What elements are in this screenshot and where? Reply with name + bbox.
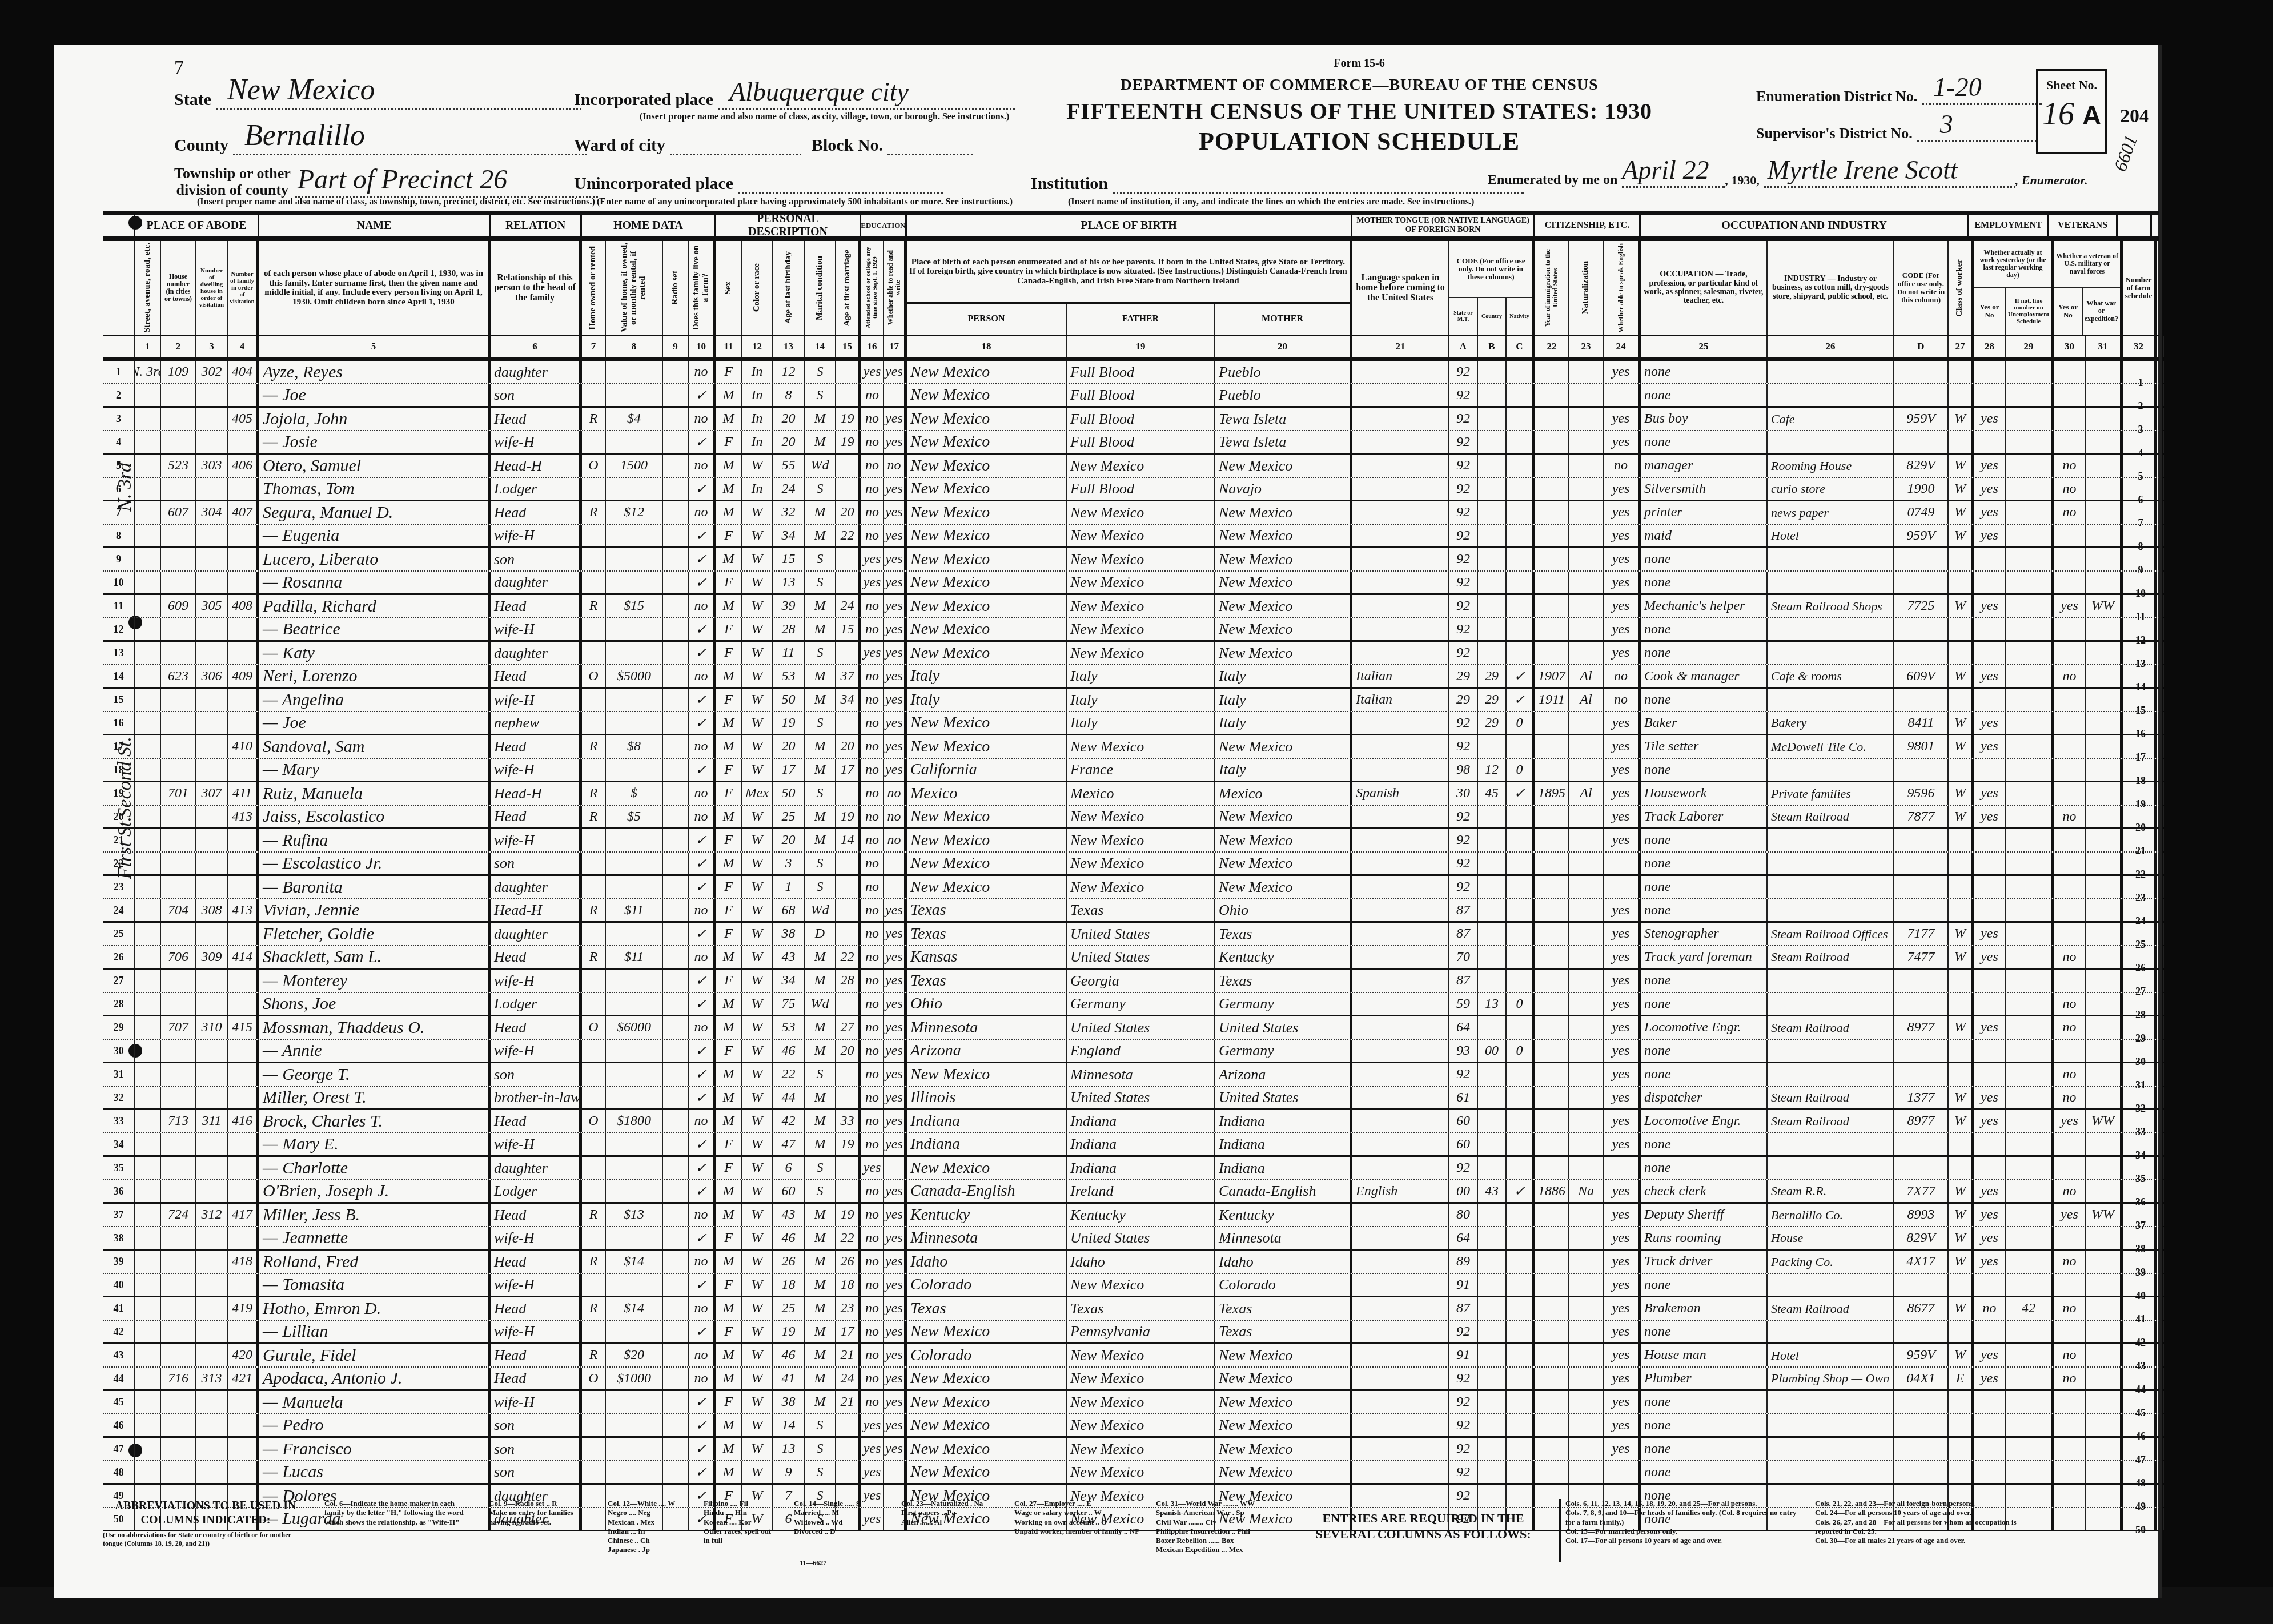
cell-age-marriage: 20: [836, 1040, 861, 1062]
cell-class: W: [1949, 408, 1974, 430]
cell-codeC: [1507, 1368, 1535, 1389]
group-education: EDUCATION: [861, 215, 907, 236]
cell-unemp: [2006, 970, 2054, 992]
cell-codeD: [1894, 384, 1949, 406]
cell-birth-person: Texas: [907, 1297, 1067, 1320]
cell-occupation: printer: [1641, 501, 1768, 524]
cell-birth-father: New Mexico: [1067, 853, 1215, 874]
cell-school: no: [861, 501, 884, 524]
cell-birth-mother: Indiana: [1215, 1110, 1352, 1132]
cell-marital: Wd: [805, 455, 836, 477]
cell-owned: R: [582, 1344, 606, 1366]
cell-vet: [2054, 899, 2086, 921]
cell-work: [1974, 970, 2006, 992]
line-number-right: [2157, 1297, 2164, 1320]
cell-language: [1352, 642, 1449, 664]
cell-codeD: 7X77: [1894, 1180, 1949, 1202]
line-number-right: [2157, 1344, 2164, 1366]
cell-family: 404: [228, 361, 259, 383]
cell-birth-father: New Mexico: [1067, 806, 1215, 827]
cell-codeB: 29: [1478, 665, 1507, 687]
cell-class: [1949, 876, 1974, 898]
cell-vet: yes: [2054, 595, 2086, 617]
cell-class: W: [1949, 1016, 1974, 1039]
cell-english: yes: [1604, 923, 1641, 945]
cell-house: [161, 1087, 196, 1108]
cell-class: W: [1949, 806, 1974, 827]
cell-birth-person: New Mexico: [907, 595, 1067, 617]
cell-codeD: 9801: [1894, 735, 1949, 758]
cell-industry: [1768, 618, 1894, 640]
cell-school: no: [861, 993, 884, 1015]
cell-unemp: [2006, 1414, 2054, 1436]
cell-farm: no: [689, 1368, 716, 1389]
cell-farm: ✓: [689, 759, 716, 781]
cell-work: [1974, 993, 2006, 1015]
cell-school: no: [861, 1087, 884, 1108]
cell-marital: M: [805, 1274, 836, 1296]
cell-english: yes: [1604, 501, 1641, 524]
cell-name: Lucero, Liberato: [259, 548, 491, 570]
cell-farm: no: [689, 1297, 716, 1320]
cell-owned: [582, 548, 606, 570]
cell-birth-father: New Mexico: [1067, 618, 1215, 640]
line-number-right: 14: [2129, 676, 2152, 699]
cell-industry: [1768, 899, 1894, 921]
cell-name: — Pedro: [259, 1414, 491, 1436]
cell-age-marriage: 22: [836, 1227, 861, 1249]
cell-farm: ✓: [689, 829, 716, 851]
cell-occupation: Deputy Sheriff: [1641, 1204, 1768, 1226]
cell-occupation: Silversmith: [1641, 478, 1768, 500]
cell-war: [2086, 1274, 2123, 1296]
line-number-right: 49: [2129, 1495, 2152, 1518]
line-number-right: 47: [2129, 1448, 2152, 1472]
cell-unemp: [2006, 689, 2054, 711]
cell-birth-person: New Mexico: [907, 455, 1067, 477]
cell-value: [606, 1063, 663, 1086]
line-number-right: [2157, 1391, 2164, 1413]
cell-work: [1974, 829, 2006, 851]
cell-codeB: [1478, 595, 1507, 617]
cell-work: yes: [1974, 735, 2006, 758]
cell-codeA: 92: [1449, 431, 1478, 453]
cell-occupation: Housework: [1641, 782, 1768, 805]
line-number: 36: [103, 1180, 135, 1202]
cell-birth-mother: New Mexico: [1215, 1461, 1352, 1483]
col-farm-schedule: Number of farm schedule: [2123, 241, 2157, 335]
cell-street: [135, 970, 161, 992]
cell-farm: no: [689, 1016, 716, 1039]
cell-codeA: 91: [1449, 1274, 1478, 1296]
cell-marital: S: [805, 548, 836, 570]
cell-codeC: [1507, 1157, 1535, 1179]
cell-race: W: [742, 899, 773, 921]
cell-marital: S: [805, 782, 836, 805]
cell-house: 724: [161, 1204, 196, 1226]
cell-school: no: [861, 1204, 884, 1226]
cell-war: [2086, 525, 2123, 546]
cell-unemp: [2006, 1391, 2054, 1413]
cell-codeB: 45: [1478, 782, 1507, 805]
cell-farm: no: [689, 665, 716, 687]
cell-codeB: [1478, 806, 1507, 827]
cell-dwelling: [196, 970, 228, 992]
cell-age: 47: [773, 1133, 805, 1155]
cell-natur: [1569, 1157, 1604, 1179]
cell-sex: M: [716, 384, 742, 406]
col-occupation: OCCUPATION — Trade, profession, or parti…: [1641, 241, 1768, 335]
cell-family: 405: [228, 408, 259, 430]
cell-relation: wife-H: [491, 1274, 582, 1296]
cell-vet: no: [2054, 1087, 2086, 1108]
form-number: Form 15-6: [1045, 57, 1673, 70]
cell-age-marriage: [836, 1461, 861, 1483]
cell-war: [2086, 431, 2123, 453]
cell-birth-person: Texas: [907, 970, 1067, 992]
cell-owned: [582, 1040, 606, 1062]
cell-codeD: [1894, 876, 1949, 898]
cell-relation: son: [491, 384, 582, 406]
line-number-right: [2157, 384, 2164, 406]
table-row: 35— Charlottedaughter✓FW6SyesNew MexicoI…: [103, 1157, 2159, 1180]
cell-occupation: Bus boy: [1641, 408, 1768, 430]
cell-owned: O: [582, 1016, 606, 1039]
cell-radio: [663, 1344, 689, 1366]
cell-immig: [1535, 1227, 1569, 1249]
cell-birth-person: New Mexico: [907, 548, 1067, 570]
cell-farm: no: [689, 1204, 716, 1226]
cell-family: [228, 1391, 259, 1413]
cell-sex: M: [716, 1438, 742, 1460]
cell-race: Mex: [742, 782, 773, 805]
cell-codeD: 609V: [1894, 665, 1949, 687]
cell-birth-father: England: [1067, 1040, 1215, 1062]
cell-house: [161, 735, 196, 758]
line-number-right: [2157, 782, 2164, 805]
cell-birth-mother: Indiana: [1215, 1157, 1352, 1179]
cell-work: [1974, 853, 2006, 874]
cell-read: yes: [884, 993, 907, 1015]
cell-english: yes: [1604, 1321, 1641, 1342]
cell-relation: wife-H: [491, 689, 582, 711]
cell-street: [135, 1321, 161, 1342]
cell-dwelling: [196, 1297, 228, 1320]
line-number: 14: [103, 665, 135, 687]
cell-birth-person: Indiana: [907, 1133, 1067, 1155]
cell-unemp: [2006, 1016, 2054, 1039]
cell-school: yes: [861, 1157, 884, 1179]
cell-vet: yes: [2054, 1204, 2086, 1226]
cell-age: 6: [773, 1157, 805, 1179]
cell-value: [606, 876, 663, 898]
cell-family: [228, 1063, 259, 1086]
cell-family: [228, 431, 259, 453]
cell-english: yes: [1604, 759, 1641, 781]
cell-birth-mother: Germany: [1215, 993, 1352, 1015]
column-number: 12: [742, 336, 773, 357]
cell-name: Apodaca, Antonio J.: [259, 1368, 491, 1389]
cell-war: [2086, 782, 2123, 805]
cell-race: W: [742, 735, 773, 758]
cell-codeA: 92: [1449, 735, 1478, 758]
cell-immig: [1535, 1063, 1569, 1086]
column-number: 20: [1215, 336, 1352, 357]
cell-relation: wife-H: [491, 1391, 582, 1413]
cell-codeB: [1478, 431, 1507, 453]
cell-house: [161, 1251, 196, 1273]
cell-street: [135, 478, 161, 500]
cell-read: yes: [884, 1414, 907, 1436]
cell-birth-person: New Mexico: [907, 1438, 1067, 1460]
cell-codeB: [1478, 899, 1507, 921]
cell-codeB: [1478, 876, 1507, 898]
cell-relation: wife-H: [491, 1227, 582, 1249]
cell-english: yes: [1604, 408, 1641, 430]
cell-immig: 1907: [1535, 665, 1569, 687]
cell-codeC: [1507, 1321, 1535, 1342]
cell-value: [606, 1414, 663, 1436]
cell-house: [161, 1180, 196, 1202]
cell-farm: ✓: [689, 478, 716, 500]
cell-language: [1352, 1063, 1449, 1086]
line-number-right: 4: [2129, 441, 2152, 465]
cell-radio: [663, 899, 689, 921]
table-row: 3405Jojola, JohnHeadR$4noMIn20M19noyesNe…: [103, 408, 2159, 431]
cell-birth-person: New Mexico: [907, 618, 1067, 640]
cell-school: no: [861, 1110, 884, 1132]
cell-relation: wife-H: [491, 970, 582, 992]
cell-family: [228, 1180, 259, 1202]
cell-house: [161, 1321, 196, 1342]
cell-house: [161, 806, 196, 827]
cell-class: W: [1949, 712, 1974, 734]
cell-birth-father: New Mexico: [1067, 735, 1215, 758]
cell-school: no: [861, 1274, 884, 1296]
cell-family: [228, 853, 259, 874]
cell-occupation: Brakeman: [1641, 1297, 1768, 1320]
cell-school: no: [861, 1040, 884, 1062]
cell-owned: [582, 1157, 606, 1179]
cell-family: [228, 572, 259, 593]
cell-value: $15: [606, 595, 663, 617]
cell-codeD: 7725: [1894, 595, 1949, 617]
cell-birth-mother: Canada-English: [1215, 1180, 1352, 1202]
cell-race: W: [742, 1016, 773, 1039]
cell-vet: [2054, 548, 2086, 570]
cell-farm: no: [689, 806, 716, 827]
cell-immig: [1535, 1368, 1569, 1389]
cell-school: no: [861, 970, 884, 992]
cell-sex: M: [716, 501, 742, 524]
line-number-right: 12: [2129, 629, 2152, 652]
cell-language: [1352, 1368, 1449, 1389]
line-number-right: [2157, 1157, 2164, 1179]
cell-war: [2086, 361, 2123, 383]
cell-vet: [2054, 408, 2086, 430]
cell-occupation: manager: [1641, 455, 1768, 477]
line-number: 24: [103, 899, 135, 921]
cell-sex: F: [716, 1274, 742, 1296]
cell-owned: [582, 642, 606, 664]
abbreviations-note: (Use no abbreviations for State or count…: [103, 1531, 308, 1548]
cell-radio: [663, 1391, 689, 1413]
cell-codeD: [1894, 970, 1949, 992]
cell-natur: [1569, 876, 1604, 898]
cell-natur: [1569, 1251, 1604, 1273]
cell-street: [135, 525, 161, 546]
cell-family: 409: [228, 665, 259, 687]
cell-age-marriage: [836, 1087, 861, 1108]
line-number-right: 33: [2129, 1120, 2152, 1144]
cell-house: [161, 1438, 196, 1460]
column-number: A: [1449, 336, 1478, 357]
cell-occupation: none: [1641, 829, 1768, 851]
cell-relation: Head: [491, 806, 582, 827]
cell-codeA: 92: [1449, 712, 1478, 734]
cell-marital: M: [805, 1391, 836, 1413]
cell-family: [228, 829, 259, 851]
cell-name: Miller, Jess B.: [259, 1204, 491, 1226]
column-number: 22: [1535, 336, 1569, 357]
cell-language: [1352, 1297, 1449, 1320]
cell-occupation: none: [1641, 642, 1768, 664]
cell-radio: [663, 1461, 689, 1483]
cell-codeB: [1478, 1087, 1507, 1108]
cell-value: [606, 525, 663, 546]
cell-age-marriage: 17: [836, 1321, 861, 1342]
cell-war: [2086, 899, 2123, 921]
cell-immig: [1535, 735, 1569, 758]
cell-name: — Joe: [259, 384, 491, 406]
cell-language: [1352, 1461, 1449, 1483]
cell-sex: M: [716, 712, 742, 734]
cell-relation: Head: [491, 946, 582, 968]
cell-name: — Mary E.: [259, 1133, 491, 1155]
enumeration-district-field: Enumeration District No. 1-20: [1756, 80, 2042, 105]
cell-race: W: [742, 829, 773, 851]
cell-birth-mother: Colorado: [1215, 1274, 1352, 1296]
cell-vet: no: [2054, 806, 2086, 827]
cell-birth-person: New Mexico: [907, 806, 1067, 827]
table-row: 40— Tomasitawife-H✓FW18M18noyesColoradoN…: [103, 1274, 2159, 1297]
cell-class: W: [1949, 455, 1974, 477]
cell-age-marriage: [836, 712, 861, 734]
cell-sex: M: [716, 946, 742, 968]
cell-codeA: 00: [1449, 1180, 1478, 1202]
cell-work: yes: [1974, 923, 2006, 945]
cell-family: 414: [228, 946, 259, 968]
cell-natur: [1569, 572, 1604, 593]
cell-read: yes: [884, 431, 907, 453]
cell-read: yes: [884, 1110, 907, 1132]
cell-english: yes: [1604, 1414, 1641, 1436]
line-number: 47: [103, 1438, 135, 1460]
cell-war: [2086, 735, 2123, 758]
table-row: 17410Sandoval, SamHeadR$8noMW20M20noyesN…: [103, 735, 2159, 759]
cell-owned: R: [582, 1204, 606, 1226]
cell-relation: Head: [491, 735, 582, 758]
cell-birth-mother: New Mexico: [1215, 548, 1352, 570]
table-row: 13— Katydaughter✓FW11SyesyesNew MexicoNe…: [103, 642, 2159, 665]
cell-value: [606, 1321, 663, 1342]
cell-marital: S: [805, 478, 836, 500]
cell-read: yes: [884, 665, 907, 687]
cell-immig: [1535, 572, 1569, 593]
cell-occupation: none: [1641, 899, 1768, 921]
cell-race: W: [742, 759, 773, 781]
cell-farm: ✓: [689, 1438, 716, 1460]
cell-age-marriage: 20: [836, 501, 861, 524]
cell-radio: [663, 923, 689, 945]
cell-language: [1352, 1204, 1449, 1226]
cell-house: 707: [161, 1016, 196, 1039]
cell-age-marriage: [836, 853, 861, 874]
cell-value: [606, 829, 663, 851]
cell-age: 60: [773, 1180, 805, 1202]
cell-natur: [1569, 923, 1604, 945]
cell-dwelling: [196, 1321, 228, 1342]
cell-marital: M: [805, 431, 836, 453]
cell-codeC: [1507, 384, 1535, 406]
col-code-d: CODE (For office use only. Do not write …: [1894, 241, 1949, 335]
cell-birth-father: Full Blood: [1067, 361, 1215, 383]
cell-natur: [1569, 1461, 1604, 1483]
cell-unemp: [2006, 618, 2054, 640]
cell-occupation: check clerk: [1641, 1180, 1768, 1202]
cell-class: [1949, 1133, 1974, 1155]
cell-class: W: [1949, 1297, 1974, 1320]
cell-farm: ✓: [689, 1133, 716, 1155]
cell-codeC: [1507, 1087, 1535, 1108]
cell-work: yes: [1974, 1087, 2006, 1108]
cell-codeC: [1507, 806, 1535, 827]
cell-sex: M: [716, 1204, 742, 1226]
cell-natur: [1569, 759, 1604, 781]
cell-marital: M: [805, 1040, 836, 1062]
cell-natur: [1569, 1321, 1604, 1342]
cell-codeD: [1894, 853, 1949, 874]
cell-english: yes: [1604, 1274, 1641, 1296]
cell-school: no: [861, 782, 884, 805]
cell-work: [1974, 548, 2006, 570]
line-number: 48: [103, 1461, 135, 1483]
cell-language: Italian: [1352, 689, 1449, 711]
cell-occupation: Stenographer: [1641, 923, 1768, 945]
cell-family: [228, 642, 259, 664]
line-number-right: [2157, 618, 2164, 640]
state-value: New Mexico: [227, 73, 375, 107]
cell-birth-person: Canada-English: [907, 1180, 1067, 1202]
cell-marital: M: [805, 525, 836, 546]
cell-owned: R: [582, 782, 606, 805]
cell-birth-father: France: [1067, 759, 1215, 781]
cell-house: [161, 1063, 196, 1086]
cell-english: yes: [1604, 1344, 1641, 1366]
cell-language: [1352, 946, 1449, 968]
cell-class: [1949, 1414, 1974, 1436]
cell-codeC: [1507, 1204, 1535, 1226]
cell-age-marriage: [836, 782, 861, 805]
cell-language: [1352, 1110, 1449, 1132]
group-personal: PERSONAL DESCRIPTION: [716, 215, 861, 236]
line-number-right: 20: [2129, 816, 2152, 839]
cell-birth-person: New Mexico: [907, 1063, 1067, 1086]
cell-farm: ✓: [689, 431, 716, 453]
cell-war: [2086, 665, 2123, 687]
cell-read: yes: [884, 735, 907, 758]
column-number: 10: [689, 336, 716, 357]
